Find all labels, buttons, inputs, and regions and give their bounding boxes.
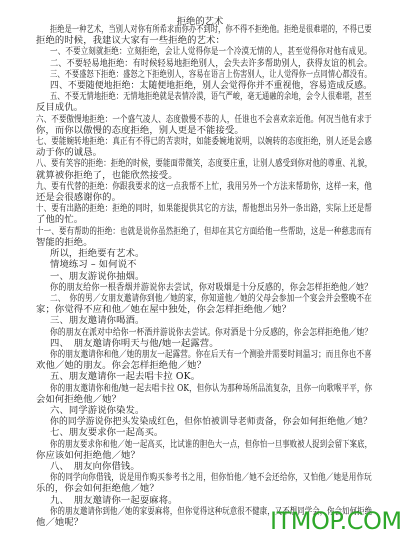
text-line: 六、不要傲慢地拒绝：一个盛气凌人、态度傲慢不恭的人，任谁也不会喜欢亲近他。何况当… xyxy=(36,114,372,126)
text-line: 会如何拒绝他／她？ xyxy=(36,394,121,406)
text-line: 你应该如何拒绝他／她？ xyxy=(36,450,140,462)
text-line: 六、同学游说你染发。 xyxy=(50,405,144,417)
text-line: 八、要有笑容的拒绝：拒绝的时候，要能面带微笑，态度要庄重，让别人感受到你对他的尊… xyxy=(36,158,372,170)
text-line: 就算被你拒绝了，也能欣然接受。 xyxy=(36,170,178,182)
text-line: 动于你的诚恳。 xyxy=(36,147,102,159)
text-line: 七、朋友要求你一起高买。 xyxy=(50,427,163,439)
text-line: 反目成仇。 xyxy=(36,102,83,114)
text-line: 情境练习 – 如何说不 xyxy=(50,259,137,271)
text-line: 三、朋友邀请你喝酒。 xyxy=(50,315,144,327)
text-line: 一、朋友游说你抽烟。 xyxy=(50,271,144,283)
text-line: 你的朋友给你一根香烟并游说你去尝试，你对吸烟是十分反感的，你会怎样拒绝他／她？ xyxy=(50,282,372,294)
text-line: 一、不要立刻就拒绝：立刻拒绝，会让人觉得你是一个冷漠无情的人，甚至觉得你对他有成… xyxy=(50,46,372,58)
text-line: 你的朋友在派对中给你一杯酒并游说你去尝试。你对酒是十分反感的，你会怎样拒绝他／她… xyxy=(50,327,372,339)
text-line: 拒绝的时候，我建议大家有一些拒绝的艺术： xyxy=(36,35,225,47)
text-line: 五、不要无情地拒绝：无情地拒绝就是表情冷漠，语气严峻，毫无通融的余地，会令人很难… xyxy=(50,91,372,103)
text-line: 还是会很感谢你的。 xyxy=(36,192,121,204)
watermark-logo: ITMOP.COM xyxy=(270,506,400,536)
text-line: 你的朋友邀请你和他/她一起去唱卡拉 OK，但你认为那种场所品流复杂，且你一向歌喉… xyxy=(50,383,372,395)
text-line: 了他的忙。 xyxy=(36,214,83,226)
text-line: 九、 朋友邀请你一起耍麻将。 xyxy=(50,495,178,507)
text-line: 十、要有出路的拒绝：拒绝的同时，如果能提供其它的方法，帮他想出另外一条出路，实际… xyxy=(36,203,372,215)
text-line: 你，而你以傲慢的态度拒绝，别人更是不能接受。 xyxy=(36,125,244,137)
text-line: 十一、要有帮助的拒绝：也就是说你虽然拒绝了，但却在其它方面给他一些帮助，这是一种… xyxy=(36,226,372,238)
text-line: 你的朋友要求你和他／她一起高买，比试谁的胆色大一点，但你怕一旦事败被人捉到会留下… xyxy=(50,439,372,451)
text-line: 八、 朋友向你借钱。 xyxy=(50,461,140,473)
text-line: 五、朋友邀请你一起去唱卡拉 OK。 xyxy=(50,371,200,383)
text-line: 乐的，你会如何拒绝他／她？ xyxy=(36,483,159,495)
text-line: 三、不要盛怒下拒绝：盛怒之下拒绝别人，容易在语言上伤害别人，让人觉得你一点同情心… xyxy=(50,69,372,81)
text-line: 二、不要轻易地拒绝：有时候轻易地拒绝别人，会失去许多帮助别人，获得友谊的机会。 xyxy=(50,58,372,70)
text-line: 他／她呢？ xyxy=(36,517,83,529)
document-page: 拒绝的艺术 拒绝是一种艺术，当别人对你有所希求而你办不到时，你不得不拒绝他。拒绝… xyxy=(0,0,400,550)
text-line: 四、不要随便地拒绝：太随便地拒绝，别人会觉得你并不重视他，容易造成反感。 xyxy=(50,80,372,92)
text-line: 四、 朋友邀请你明天与他/她一起露营。 xyxy=(50,338,219,350)
